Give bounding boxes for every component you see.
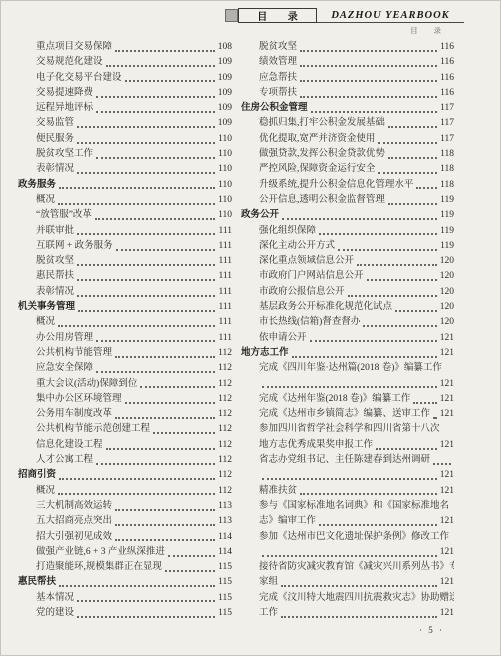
entry-title: 惠民帮扶: [18, 575, 56, 590]
entry-title: 参加四川省哲学社会科学和四川省第十八次: [259, 422, 440, 437]
entry-title: 绩效管理: [259, 55, 297, 70]
entry-title: 招商引资: [18, 468, 56, 483]
running-head: 目 录: [403, 25, 448, 36]
page-number: 114: [218, 545, 232, 560]
toc-entry: 招大引强初见成效114: [18, 530, 232, 545]
entry-title: 电子化交易平台建设: [36, 71, 122, 86]
toc-entry: 交易提速降费109: [18, 86, 232, 101]
toc-entry: 公共机构节能示范创建工程112: [18, 422, 232, 437]
page-number: 112: [218, 453, 232, 468]
page-number: 119: [440, 224, 454, 239]
toc-entry: 参加《达州市巴文化遗址保护条例》修改工作: [241, 530, 454, 545]
dot-leader: [115, 417, 215, 419]
page-number: 110: [218, 208, 232, 223]
page-number: 108: [218, 40, 232, 55]
toc-entry: 打造聚能环,规模集群正在显现115: [18, 560, 232, 575]
entry-title: 精准扶贫: [259, 484, 297, 499]
entry-title: 人才公寓工程: [36, 453, 93, 468]
dot-leader: [140, 386, 215, 388]
page-number: 116: [440, 86, 454, 101]
entry-title: 信息化建设工程: [36, 438, 103, 453]
page-number: 109: [218, 55, 232, 70]
entry-title: 参与《国家标准地名词典》和《国家标准地名: [259, 499, 449, 514]
dot-leader: [153, 432, 215, 434]
toc-entry: 互联网 + 政务服务111: [18, 239, 232, 254]
entry-title: 做强贷款,发挥公积金贷款优势: [259, 147, 385, 162]
dot-leader: [96, 157, 215, 159]
dot-leader: [433, 417, 437, 419]
dot-leader: [300, 96, 437, 98]
toc-entry: 公开信息,透明公积金监督管理119: [241, 193, 454, 208]
entry-title: 完成《达州市乡镇简志》编纂、送审工作: [259, 407, 430, 422]
toc-entry: 住房公积金管理117: [241, 101, 454, 116]
toc-entry: 三大机制高效运转113: [18, 499, 232, 514]
dot-leader: [96, 463, 215, 465]
entry-title: 脱贫攻坚: [259, 40, 297, 55]
page-number: 113: [218, 514, 232, 529]
dot-leader: [115, 356, 215, 358]
dot-leader: [300, 50, 437, 52]
toc-entry: 精准扶贫121: [241, 484, 454, 499]
dot-leader: [300, 80, 437, 82]
dot-leader: [96, 111, 215, 113]
dot-leader: [262, 386, 437, 388]
page-number: 111: [218, 331, 232, 346]
toc-entry: 便民服务110: [18, 132, 232, 147]
entry-title: 深化主动公开方式: [259, 239, 335, 254]
dot-leader: [300, 493, 437, 495]
dot-leader: [59, 478, 215, 480]
page-number: 119: [440, 208, 454, 223]
dot-leader: [78, 310, 215, 312]
dot-leader: [388, 203, 437, 205]
dot-leader: [115, 50, 215, 52]
entry-title: 表彰情况: [36, 285, 74, 300]
entry-title: 公共机构节能示范创建工程: [36, 422, 150, 437]
page-number: 120: [440, 285, 454, 300]
dot-leader: [378, 142, 437, 144]
page-number: 109: [218, 116, 232, 131]
toc-entry: 招商引资112: [18, 468, 232, 483]
entry-title: 公开信息,透明公积金监督管理: [259, 193, 385, 208]
entry-title: 招大引强初见成效: [36, 530, 112, 545]
page-number: 115: [218, 591, 232, 606]
entry-title: 公务用车制度改革: [36, 407, 112, 422]
page-number: 111: [218, 254, 232, 269]
entry-title: 深化重点领域信息公开: [259, 254, 354, 269]
dot-leader: [165, 570, 215, 572]
entry-title: 概况: [36, 484, 55, 499]
dot-leader: [58, 203, 215, 205]
entry-title-continuation: 家组: [259, 575, 278, 590]
toc-entry: 地方志工作121: [241, 346, 454, 361]
dot-leader: [96, 371, 215, 373]
page-number: 111: [218, 239, 232, 254]
entry-title: 完成《汶川特大地震四川抗震救灾志》协助赠送: [259, 591, 454, 606]
entry-title: 升级系统,提升公积金信息化管理水平: [259, 178, 413, 193]
dot-leader: [115, 524, 215, 526]
toc-entry: 机关事务管理111: [18, 300, 232, 315]
toc-entry: 完成《达州年鉴(2018 卷)》编纂工作121: [241, 392, 454, 407]
toc-entry: 应急安全保障112: [18, 361, 232, 376]
page-number: 115: [218, 606, 232, 621]
dot-leader: [106, 65, 215, 67]
entry-title: 并联审批: [36, 224, 74, 239]
dot-leader: [77, 233, 215, 235]
toc-column-right: 脱贫攻坚116绩效管理116应急帮扶116专项帮扶116住房公积金管理117稳抓…: [241, 40, 454, 621]
toc-entry: 政务公开119: [241, 208, 454, 223]
entry-title: 集中办公区环境管理: [36, 392, 122, 407]
entry-title: 参加《达州市巴文化遗址保护条例》修改工作: [259, 530, 449, 545]
page-number: 112: [218, 484, 232, 499]
page-number: 114: [218, 530, 232, 545]
page-number: 121: [440, 377, 454, 392]
toc-entry: 完成《达州市乡镇简志》编纂、送审工作121: [241, 407, 454, 422]
toc-entry: 信息化建设工程112: [18, 438, 232, 453]
page-number: 121: [440, 438, 454, 453]
entry-title: 应急安全保障: [36, 361, 93, 376]
toc-entry: 接待省防灾减灾教育馆《减灾兴川系列丛书》专: [241, 560, 454, 575]
dot-leader: [77, 600, 215, 602]
dot-leader: [338, 249, 437, 251]
dot-leader: [77, 279, 215, 281]
dot-leader: [281, 585, 437, 587]
entry-title: “放管服”改革: [36, 208, 92, 223]
dot-leader: [58, 493, 215, 495]
entry-title: 概况: [36, 193, 55, 208]
entry-title: 接待省防灾减灾教育馆《减灾兴川系列丛书》专: [259, 560, 454, 575]
toc-entry: 基本情况115: [18, 591, 232, 606]
toc-entry: 参与《国家标准地名词典》和《国家标准地名: [241, 499, 454, 514]
page-number: 117: [440, 116, 454, 131]
page-number: 121: [440, 484, 454, 499]
page-number: 117: [440, 101, 454, 116]
toc-entry: 公务用车制度改革112: [18, 407, 232, 422]
toc-entry: 交易监管109: [18, 116, 232, 131]
page-number: 118: [440, 178, 454, 193]
toc-entry: 集中办公区环境管理112: [18, 392, 232, 407]
dot-leader: [125, 80, 215, 82]
dot-leader: [357, 264, 437, 266]
page-number: 110: [218, 147, 232, 162]
entry-title: 办公用房管理: [36, 331, 93, 346]
dot-leader: [282, 218, 437, 220]
dot-leader: [367, 279, 437, 281]
page-number: 118: [440, 147, 454, 162]
dot-leader: [77, 264, 215, 266]
toc-column-left: 重点项目交易保障108交易规范化建设109电子化交易平台建设109交易提速降费1…: [18, 40, 232, 621]
dot-leader: [413, 402, 437, 404]
entry-title: 省志办党组书记、主任陈建春到达州调研: [259, 453, 430, 468]
toc-entry-continuation: 工作121: [241, 606, 454, 621]
page-number: 118: [440, 162, 454, 177]
dot-leader: [96, 96, 215, 98]
toc-entry: 基层政务公开标准化规范化试点120: [241, 300, 454, 315]
toc-entry: 交易规范化建设109: [18, 55, 232, 70]
dot-leader: [292, 356, 437, 358]
toc-entry: 表彰情况110: [18, 162, 232, 177]
entry-title: 市政府公报信息公开: [259, 285, 345, 300]
page-number: 121: [440, 468, 454, 483]
dot-leader: [115, 509, 215, 511]
entry-title: 机关事务管理: [18, 300, 75, 315]
toc-entry: 应急帮扶116: [241, 71, 454, 86]
page-number: 121: [440, 606, 454, 621]
toc-entry-continuation: 121: [241, 545, 454, 560]
toc-entry: 脱贫攻坚工作110: [18, 147, 232, 162]
entry-title: 强化组织保障: [259, 224, 316, 239]
page-number: 119: [440, 193, 454, 208]
toc-entry: 办公用房管理111: [18, 331, 232, 346]
page-number: 109: [218, 71, 232, 86]
yearbook-toc-page: 目 录 DAZHOU YEARBOOK 目 录 重点项目交易保障108交易规范化…: [0, 0, 501, 656]
page-number: 119: [440, 239, 454, 254]
dot-leader: [77, 172, 215, 174]
page-number: 121: [440, 407, 454, 422]
entry-title: 脱贫攻坚: [36, 254, 74, 269]
toc-entry: 并联审批111: [18, 224, 232, 239]
page-number: 120: [440, 300, 454, 315]
toc-header-box: 目 录: [238, 8, 317, 23]
page-number: 120: [440, 315, 454, 330]
entry-title: 严控风险,保障资金运行安全: [259, 162, 375, 177]
entry-title-continuation: 志》编审工作: [259, 514, 316, 529]
dot-leader: [116, 249, 216, 251]
toc-entry: 完成《四川年鉴·达州篇(2018 卷)》编纂工作: [241, 361, 454, 376]
dot-leader: [378, 172, 437, 174]
page-number: 110: [218, 178, 232, 193]
toc-entry: 公共机构节能管理112: [18, 346, 232, 361]
toc-entry: 政务服务110: [18, 178, 232, 193]
toc-entry: 专项帮扶116: [241, 86, 454, 101]
page-number: 110: [218, 162, 232, 177]
dot-leader: [388, 157, 437, 159]
dot-leader: [363, 325, 436, 327]
toc-entry: 做强产业链,6 + 3 产业纵深推进114: [18, 545, 232, 560]
dot-leader: [168, 555, 215, 557]
toc-entry: “放管服”改革110: [18, 208, 232, 223]
toc-entry: 电子化交易平台建设109: [18, 71, 232, 86]
toc-entry-continuation: 121: [241, 377, 454, 392]
entry-title: 远程异地评标: [36, 101, 93, 116]
toc-entry: 绩效管理116: [241, 55, 454, 70]
dot-leader: [319, 233, 437, 235]
page-number: 121: [440, 575, 454, 590]
dot-leader: [395, 310, 437, 312]
page-header: 目 录 DAZHOU YEARBOOK: [225, 8, 464, 23]
dot-leader: [95, 218, 215, 220]
page-number: 109: [218, 86, 232, 101]
dot-leader: [58, 325, 215, 327]
dot-leader: [388, 126, 437, 128]
dot-leader: [310, 340, 437, 342]
page-number: 111: [218, 269, 232, 284]
toc-entry-continuation: 121: [241, 468, 454, 483]
dot-leader: [77, 295, 215, 297]
page-number: 112: [218, 377, 232, 392]
toc-entry: 稳抓归集,打牢公积金发展基础117: [241, 116, 454, 131]
dot-leader: [262, 555, 437, 557]
entry-title: 基本情况: [36, 591, 74, 606]
toc-entry: 脱贫攻坚116: [241, 40, 454, 55]
entry-title: 依申请公开: [259, 331, 307, 346]
page-number: 120: [440, 254, 454, 269]
toc-entry: 概况110: [18, 193, 232, 208]
entry-title: 惠民帮扶: [36, 269, 74, 284]
toc-entry-continuation: 地方志优秀成果奖申报工作121: [241, 438, 454, 453]
toc-entry: 深化主动公开方式119: [241, 239, 454, 254]
dot-leader: [59, 585, 215, 587]
dot-leader: [262, 478, 437, 480]
toc-entry: 重大会议(活动)保障到位112: [18, 377, 232, 392]
header-tab-square: [225, 9, 238, 22]
page-number: 116: [440, 40, 454, 55]
yearbook-title: DAZHOU YEARBOOK: [317, 8, 464, 23]
entry-title: 政务服务: [18, 178, 56, 193]
page-number: 112: [218, 361, 232, 376]
entry-title: 专项帮扶: [259, 86, 297, 101]
page-number: 116: [440, 71, 454, 86]
toc-entry: 市长热线(信箱)督查督办120: [241, 315, 454, 330]
toc-entry: 表彰情况111: [18, 285, 232, 300]
entry-title-continuation: 地方志优秀成果奖申报工作: [259, 438, 373, 453]
dot-leader: [281, 616, 437, 618]
page-number: 115: [218, 560, 232, 575]
page-number: 112: [218, 346, 232, 361]
entry-title: 完成《达州年鉴(2018 卷)》编纂工作: [259, 392, 410, 407]
entry-title: 市长热线(信箱)督查督办: [259, 315, 360, 330]
page-number: 121: [440, 346, 454, 361]
toc-entry: 省志办党组书记、主任陈建春到达州调研: [241, 453, 454, 468]
page-number: 109: [218, 101, 232, 116]
page-number: 116: [440, 55, 454, 70]
toc-entry: 党的建设115: [18, 606, 232, 621]
entry-title: 基层政务公开标准化规范化试点: [259, 300, 392, 315]
dot-leader: [106, 448, 216, 450]
page-number: 121: [440, 545, 454, 560]
entry-title: 公共机构节能管理: [36, 346, 112, 361]
page-number: 111: [218, 315, 232, 330]
page-number: 111: [218, 285, 232, 300]
dot-leader: [433, 463, 451, 465]
dot-leader: [348, 295, 437, 297]
toc-entry: 升级系统,提升公积金信息化管理水平118: [241, 178, 454, 193]
toc-entry: 深化重点领域信息公开120: [241, 254, 454, 269]
page-number: 112: [218, 422, 232, 437]
entry-title: 重点项目交易保障: [36, 40, 112, 55]
entry-title: 三大机制高效运转: [36, 499, 112, 514]
entry-title: 概况: [36, 315, 55, 330]
dot-leader: [77, 142, 215, 144]
dot-leader: [300, 65, 437, 67]
dot-leader: [59, 187, 215, 189]
toc-entry: 惠民帮扶111: [18, 269, 232, 284]
page-number: 121: [440, 331, 454, 346]
toc-entry: 参加四川省哲学社会科学和四川省第十八次: [241, 422, 454, 437]
entry-title: 应急帮扶: [259, 71, 297, 86]
page-number: 110: [218, 132, 232, 147]
dot-leader: [376, 448, 437, 450]
toc-entry: 脱贫攻坚111: [18, 254, 232, 269]
toc-entry: 概况111: [18, 315, 232, 330]
dot-leader: [311, 111, 438, 113]
page-number: 112: [218, 407, 232, 422]
toc-entry: 五大招商亮点突出113: [18, 514, 232, 529]
toc-entry: 市政府公报信息公开120: [241, 285, 454, 300]
page-number: 112: [218, 392, 232, 407]
entry-title: 重大会议(活动)保障到位: [36, 377, 137, 392]
folio-page-number: · 5 ·: [419, 625, 444, 635]
entry-title: 政务公开: [241, 208, 279, 223]
toc-entry: 完成《汶川特大地震四川抗震救灾志》协助赠送: [241, 591, 454, 606]
page-number: 117: [440, 132, 454, 147]
entry-title: 脱贫攻坚工作: [36, 147, 93, 162]
toc-entry: 市政府门户网站信息公开120: [241, 269, 454, 284]
dot-leader: [125, 402, 216, 404]
toc-entry-continuation: 志》编审工作121: [241, 514, 454, 529]
dot-leader: [77, 616, 215, 618]
entry-title: 交易规范化建设: [36, 55, 103, 70]
toc-entry: 强化组织保障119: [241, 224, 454, 239]
entry-title: 表彰情况: [36, 162, 74, 177]
page-number: 112: [218, 438, 232, 453]
toc-entry: 优化提取,宽严并济资金使用117: [241, 132, 454, 147]
entry-title: 做强产业链,6 + 3 产业纵深推进: [36, 545, 165, 560]
entry-title: 打造聚能环,规模集群正在显现: [36, 560, 162, 575]
entry-title: 便民服务: [36, 132, 74, 147]
page-number: 112: [218, 468, 232, 483]
entry-title-continuation: 工作: [259, 606, 278, 621]
entry-title: 党的建设: [36, 606, 74, 621]
entry-title: 完成《四川年鉴·达州篇(2018 卷)》编纂工作: [259, 361, 442, 376]
dot-leader: [115, 539, 215, 541]
toc-entry: 远程异地评标109: [18, 101, 232, 116]
toc-entry: 严控风险,保障资金运行安全118: [241, 162, 454, 177]
dot-leader: [77, 126, 215, 128]
dot-leader: [319, 524, 437, 526]
page-number: 113: [218, 499, 232, 514]
page-number: 111: [218, 300, 232, 315]
toc-entry: 重点项目交易保障108: [18, 40, 232, 55]
toc-entry: 做强贷款,发挥公积金贷款优势118: [241, 147, 454, 162]
page-number: 115: [218, 575, 232, 590]
page-number: 120: [440, 269, 454, 284]
entry-title: 稳抓归集,打牢公积金发展基础: [259, 116, 385, 131]
dot-leader: [416, 187, 437, 189]
toc-header-label: 目 录: [248, 8, 307, 23]
page-number: 121: [440, 514, 454, 529]
entry-title: 地方志工作: [241, 346, 289, 361]
entry-title: 五大招商亮点突出: [36, 514, 112, 529]
toc-entry-continuation: 家组121: [241, 575, 454, 590]
entry-title: 交易提速降费: [36, 86, 93, 101]
entry-title: 交易监管: [36, 116, 74, 131]
page-number: 110: [218, 193, 232, 208]
entry-title: 优化提取,宽严并济资金使用: [259, 132, 375, 147]
page-number: 111: [218, 224, 232, 239]
toc-entry: 依申请公开121: [241, 331, 454, 346]
entry-title: 市政府门户网站信息公开: [259, 269, 364, 284]
page-number: 121: [440, 392, 454, 407]
dot-leader: [96, 340, 215, 342]
entry-title: 互联网 + 政务服务: [36, 239, 113, 254]
toc-entry: 概况112: [18, 484, 232, 499]
entry-title: 住房公积金管理: [241, 101, 308, 116]
toc-entry: 人才公寓工程112: [18, 453, 232, 468]
toc-entry: 惠民帮扶115: [18, 575, 232, 590]
